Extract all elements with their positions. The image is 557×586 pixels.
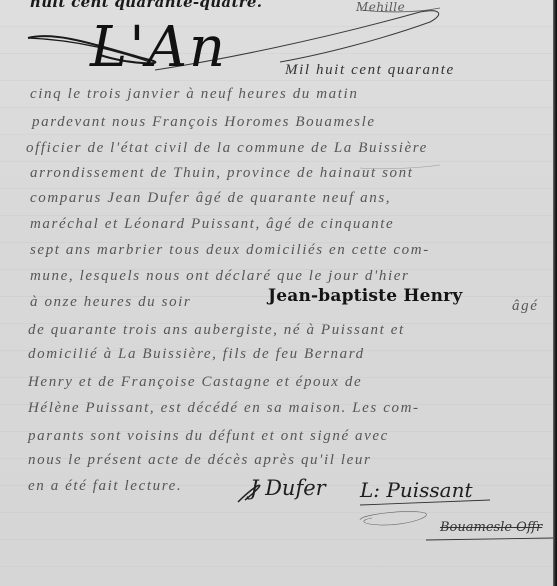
text-line-15: parants sont voisins du défunt et ont si… xyxy=(28,428,389,445)
text-line-2: cinq le trois janvier à neuf heures du m… xyxy=(30,86,358,103)
text-line-4: officier de l'état civil de la commune d… xyxy=(26,140,428,157)
text-line-7: maréchal et Léonard Puissant, âgé de cin… xyxy=(30,216,394,233)
text-line-9: mune, lesquels nous ont déclaré que le j… xyxy=(30,268,409,285)
signature-witness-1: J Dufer xyxy=(250,476,326,500)
text-line-5: arrondissement de Thuin, province de hai… xyxy=(30,165,414,182)
text-line-10b: âgé xyxy=(512,298,538,315)
text-line-14: Hélène Puissant, est décédé en sa maison… xyxy=(28,400,420,417)
signature-witness-2: L: Puissant xyxy=(360,478,472,502)
margin-name: Mehille xyxy=(356,0,405,14)
text-line-16: nous le présent acte de décès après qu'i… xyxy=(28,452,371,469)
text-line-6: comparus Jean Dufer âgé de quarante neuf… xyxy=(30,190,391,207)
deceased-name: Jean-baptiste Henry xyxy=(268,286,462,306)
document-page: huit cent quarante-quatre. Mehille L'An … xyxy=(0,0,553,586)
text-line-11: de quarante trois ans aubergiste, né à P… xyxy=(28,322,405,339)
text-line-3: pardevant nous François Horomes Bouamesl… xyxy=(32,114,376,131)
text-line-10: à onze heures du soir xyxy=(30,294,191,311)
opening-words: L'An xyxy=(90,20,227,76)
text-line-13: Henry et de Françoise Castagne et époux … xyxy=(28,374,362,391)
text-line-1: Mil huit cent quarante xyxy=(285,62,455,79)
text-line-12: domicilié à La Buissière, fils de feu Be… xyxy=(28,346,365,363)
text-line-17: en a été fait lecture. xyxy=(28,478,182,495)
page-edge-shadow xyxy=(553,0,557,586)
text-line-8: sept ans marbrier tous deux domiciliés e… xyxy=(30,242,430,259)
signature-officer: Bouamesle Offr xyxy=(440,520,542,535)
printed-header: huit cent quarante-quatre. xyxy=(30,0,262,11)
